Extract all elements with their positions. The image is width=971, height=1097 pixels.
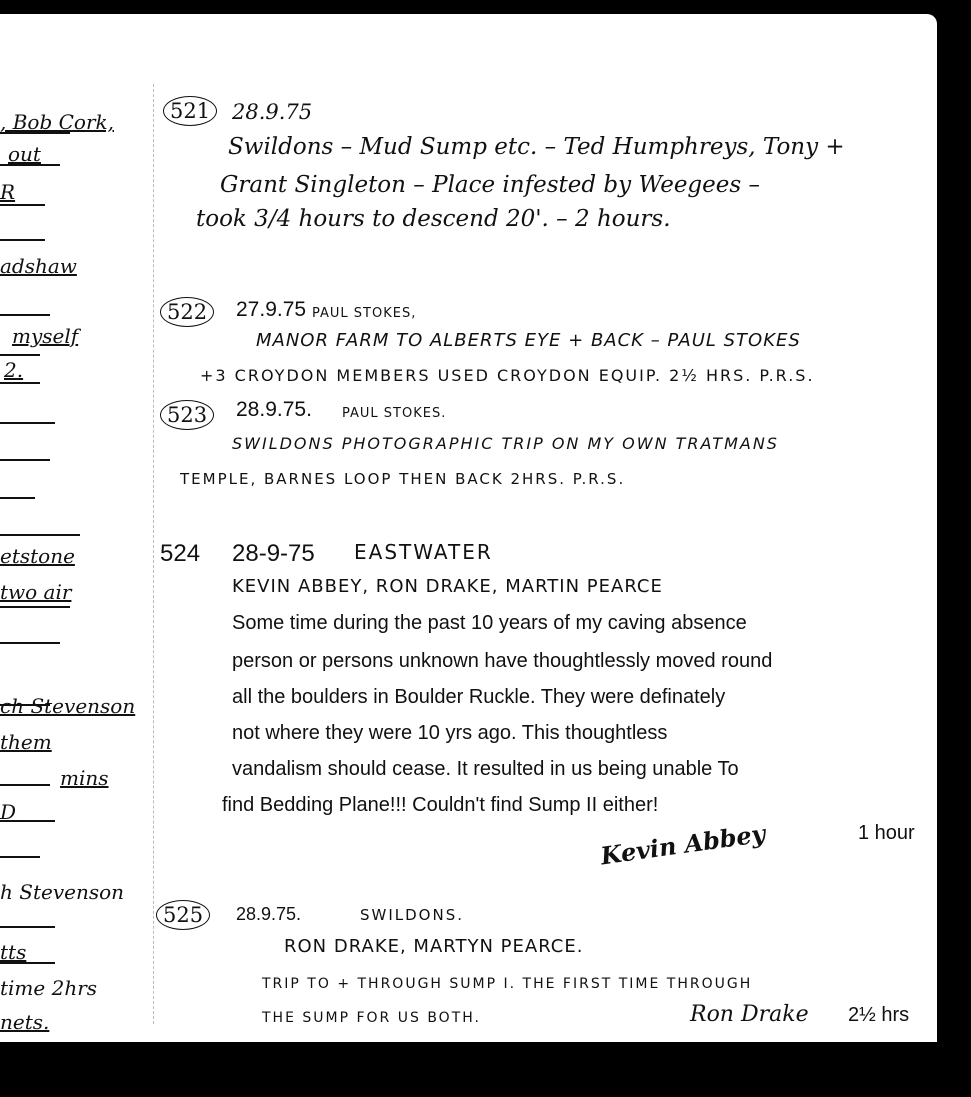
margin-rule bbox=[0, 422, 55, 424]
margin-rule bbox=[0, 534, 80, 536]
margin-fragment: two air bbox=[0, 580, 71, 604]
margin-fragment: ch Stevenson bbox=[0, 694, 135, 718]
margin-rule bbox=[0, 354, 40, 356]
margin-rule bbox=[0, 784, 50, 786]
entry-note: Paul Stokes. bbox=[342, 406, 446, 421]
entry-number: 522 bbox=[160, 297, 214, 327]
entry-note: Paul Stokes, bbox=[312, 306, 416, 321]
entry-number: 525 bbox=[156, 900, 210, 930]
entry-number: 523 bbox=[160, 400, 214, 430]
entry-line: vandalism should cease. It resulted in u… bbox=[232, 758, 739, 781]
margin-fragment: mins bbox=[60, 766, 109, 790]
margin-fragment: 2. bbox=[4, 358, 23, 382]
entry-cave: Eastwater bbox=[354, 540, 493, 564]
margin-rule bbox=[0, 497, 35, 499]
margin-rule bbox=[0, 204, 45, 206]
margin-fragment: D bbox=[0, 800, 16, 824]
margin-fragment: etstone bbox=[0, 544, 75, 568]
entry-date: 28.9.75. bbox=[236, 398, 312, 422]
signature: Kevin Abbey bbox=[599, 819, 767, 871]
previous-page-margin: , Bob Cork, out R adshaw myself 2. etsto… bbox=[0, 14, 152, 1042]
margin-fragment: out bbox=[8, 142, 41, 166]
entry-duration: 2½ hrs bbox=[848, 1004, 909, 1027]
margin-fragment: , Bob Cork, bbox=[0, 110, 114, 134]
entry-line: Some time during the past 10 years of my… bbox=[232, 612, 747, 635]
entry-number: 521 bbox=[163, 96, 217, 126]
entry-line: find Bedding Plane!!! Couldn't find Sump… bbox=[222, 794, 658, 817]
entry-line: Manor Farm to Alberts Eye + Back – Paul … bbox=[256, 330, 801, 351]
entry-duration: 1 hour bbox=[858, 822, 915, 845]
entry-line: took 3/4 hours to descend 20'. – 2 hours… bbox=[196, 206, 671, 232]
margin-fragment: nets. bbox=[0, 1010, 49, 1034]
signature: Ron Drake bbox=[690, 1002, 809, 1027]
margin-rule bbox=[0, 239, 45, 241]
logbook-page: , Bob Cork, out R adshaw myself 2. etsto… bbox=[0, 14, 937, 1042]
entry-line: Grant Singleton – Place infested by Weeg… bbox=[220, 172, 760, 198]
entry-members: Ron Drake, Martyn Pearce. bbox=[284, 936, 583, 957]
margin-fragment: them bbox=[0, 730, 52, 754]
entry-cave: Swildons. bbox=[360, 906, 464, 924]
entry-line: +3 Croydon members used Croydon equip. 2… bbox=[200, 366, 815, 385]
margin-fragment: adshaw bbox=[0, 254, 77, 278]
entry-line: Temple, Barnes Loop then back 2hrs. P.R.… bbox=[180, 470, 625, 488]
margin-rule bbox=[0, 606, 70, 608]
entry-line: all the boulders in Boulder Ruckle. They… bbox=[232, 686, 725, 709]
entry-date: 28-9-75 bbox=[232, 540, 315, 568]
entry-number: 524 bbox=[160, 540, 200, 568]
margin-rule bbox=[0, 642, 60, 644]
entry-line: person or persons unknown have thoughtle… bbox=[232, 650, 772, 673]
entry-date: 27.9.75 bbox=[236, 298, 306, 322]
entry-date: 28.9.75. bbox=[236, 904, 301, 925]
entry-line: Trip to + Through Sump I. The First Time… bbox=[262, 976, 752, 992]
entry-date: 28.9.75 bbox=[232, 100, 312, 124]
entry-line: Swildons – Mud Sump etc. – Ted Humphreys… bbox=[228, 134, 845, 160]
margin-fragment: myself bbox=[12, 324, 78, 348]
margin-fragment: time 2hrs bbox=[0, 976, 97, 1000]
margin-rule bbox=[0, 382, 40, 384]
margin-rule bbox=[0, 459, 50, 461]
margin-rule bbox=[0, 926, 55, 928]
entry-line: The Sump For Us Both. bbox=[262, 1010, 481, 1026]
margin-fragment: h Stevenson bbox=[0, 880, 124, 904]
entry-line: Swildons Photographic trip on my own Tra… bbox=[232, 434, 779, 453]
margin-rule bbox=[0, 856, 40, 858]
margin-fragment: tts bbox=[0, 940, 26, 964]
entry-members: Kevin Abbey, Ron Drake, Martin Pearce bbox=[232, 576, 663, 597]
margin-fragment: R bbox=[0, 180, 15, 204]
page-divider bbox=[153, 84, 154, 1024]
entry-line: not where they were 10 yrs ago. This tho… bbox=[232, 722, 667, 745]
margin-rule bbox=[0, 314, 50, 316]
